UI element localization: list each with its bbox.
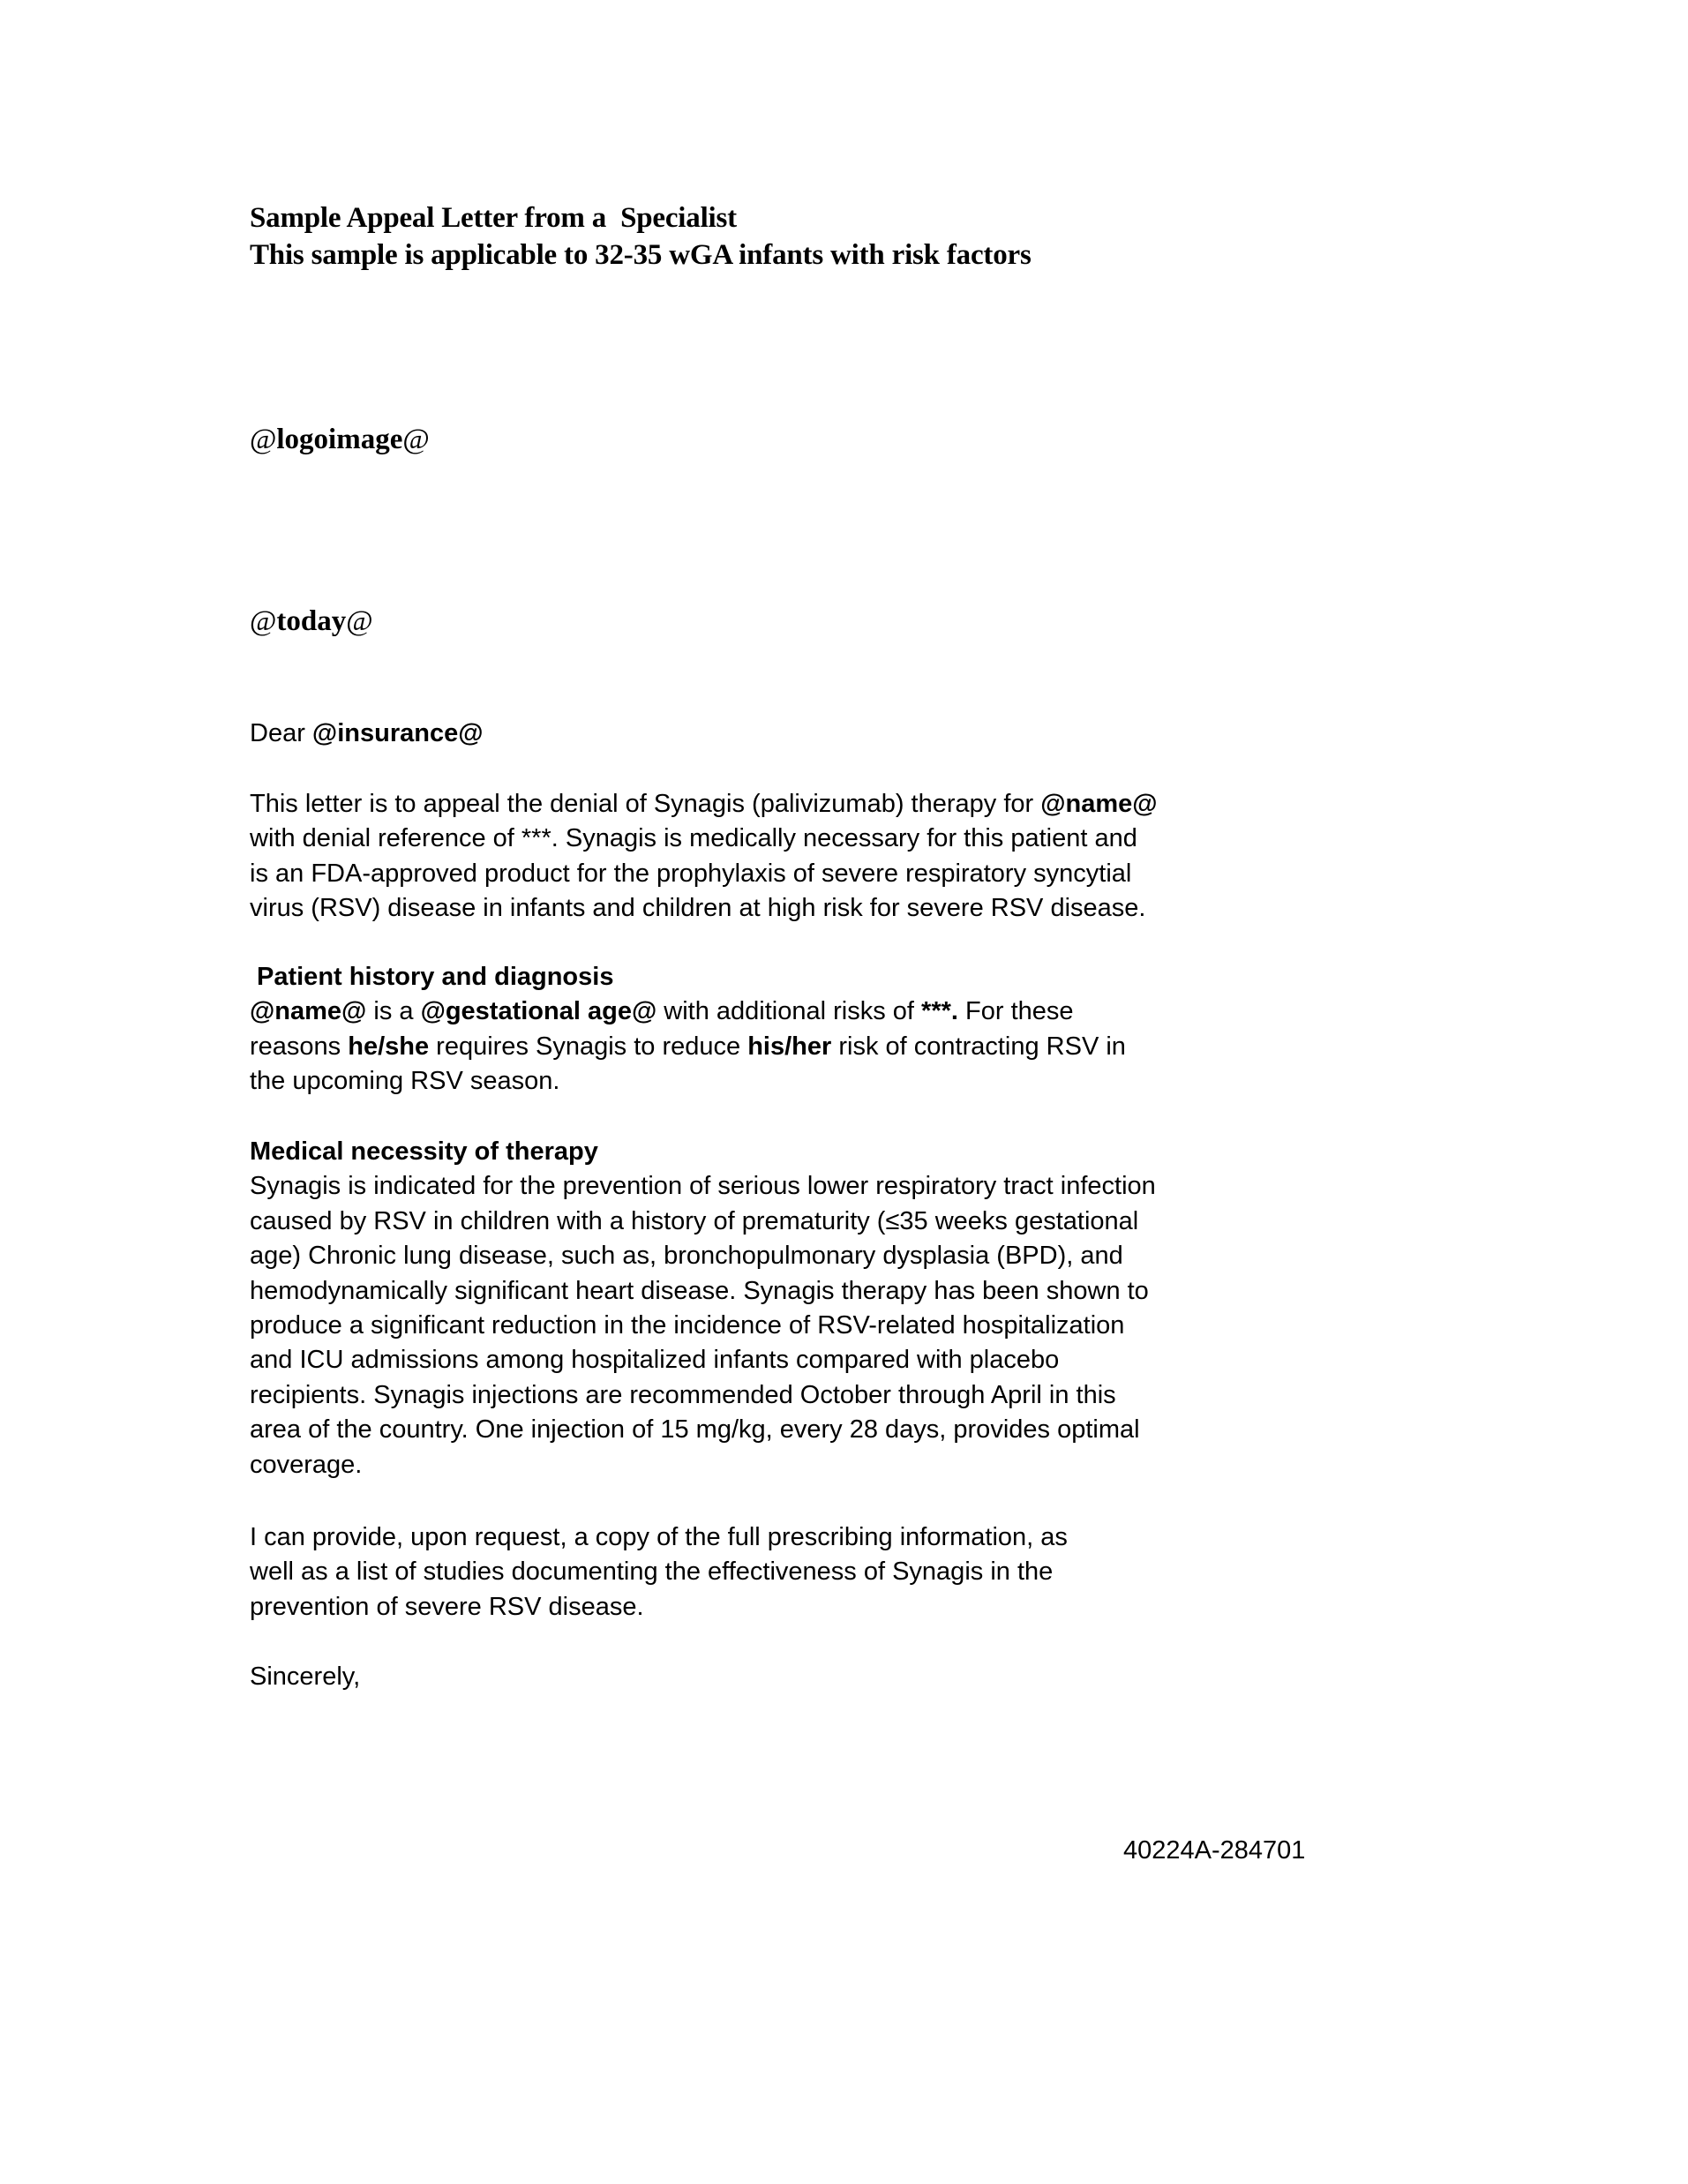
patient-name-placeholder: @name@ xyxy=(250,997,366,1025)
patient-history-heading: Patient history and diagnosis xyxy=(250,960,1126,994)
salutation-prefix: Dear xyxy=(250,719,312,747)
text-run: requires Synagis to reduce xyxy=(429,1032,747,1061)
medical-necessity-line: caused by RSV in children with a history… xyxy=(250,1205,1156,1239)
patient-history-line: the upcoming RSV season. xyxy=(250,1064,1126,1099)
gestational-age-placeholder: @gestational age@ xyxy=(421,997,657,1025)
text-run: risk of contracting RSV in xyxy=(831,1032,1126,1061)
medical-necessity-line: hemodynamically significant heart diseas… xyxy=(250,1274,1156,1309)
text-run: For these xyxy=(958,997,1074,1025)
date-placeholder-close: @ xyxy=(346,605,372,637)
title-line-1: Sample Appeal Letter from a Specialist xyxy=(250,199,1032,236)
date-placeholder-word: today xyxy=(276,605,346,637)
closing: Sincerely, xyxy=(250,1660,360,1694)
logo-placeholder: @logoimage@ xyxy=(250,421,430,458)
patient-history-line: @name@ is a @gestational age@ with addit… xyxy=(250,994,1126,1029)
date-placeholder: @today@ xyxy=(250,603,373,640)
text-run: reasons xyxy=(250,1032,348,1061)
letter-title: Sample Appeal Letter from a Specialist T… xyxy=(250,199,1032,274)
medical-necessity-line: age) Chronic lung disease, such as, bron… xyxy=(250,1239,1156,1273)
intro-paragraph: This letter is to appeal the denial of S… xyxy=(250,787,1158,927)
offer-line: prevention of severe RSV disease. xyxy=(250,1590,1068,1625)
logo-placeholder-open: @ xyxy=(250,424,276,455)
offer-line: I can provide, upon request, a copy of t… xyxy=(250,1520,1068,1555)
risks-placeholder: ***. xyxy=(921,997,958,1025)
text-run: is a xyxy=(366,997,420,1025)
salutation: Dear @insurance@ xyxy=(250,717,483,751)
possessive-placeholder: his/her xyxy=(747,1032,831,1061)
intro-line: This letter is to appeal the denial of S… xyxy=(250,787,1158,822)
intro-line-text: This letter is to appeal the denial of S… xyxy=(250,790,1040,818)
offer-line: well as a list of studies documenting th… xyxy=(250,1555,1068,1589)
medical-necessity-line: recipients. Synagis injections are recom… xyxy=(250,1378,1156,1413)
medical-necessity-line: and ICU admissions among hospitalized in… xyxy=(250,1343,1156,1377)
letter-page: Sample Appeal Letter from a Specialist T… xyxy=(0,0,1688,2184)
medical-necessity-line: area of the country. One injection of 15… xyxy=(250,1413,1156,1447)
document-code: 40224A-284701 xyxy=(1123,1834,1305,1868)
logo-placeholder-close: @ xyxy=(402,424,429,455)
date-placeholder-open: @ xyxy=(250,605,276,637)
patient-history-section: Patient history and diagnosis @name@ is … xyxy=(250,960,1126,1100)
pronoun-placeholder: he/she xyxy=(348,1032,429,1061)
salutation-recipient: @insurance@ xyxy=(312,719,484,747)
patient-history-line: reasons he/she requires Synagis to reduc… xyxy=(250,1030,1126,1064)
intro-line: with denial reference of ***. Synagis is… xyxy=(250,822,1158,856)
intro-line: is an FDA-approved product for the proph… xyxy=(250,857,1158,891)
offer-paragraph: I can provide, upon request, a copy of t… xyxy=(250,1520,1068,1625)
intro-line: virus (RSV) disease in infants and child… xyxy=(250,891,1158,926)
patient-name-placeholder: @name@ xyxy=(1040,790,1157,818)
medical-necessity-section: Medical necessity of therapy Synagis is … xyxy=(250,1135,1156,1482)
text-run: with additional risks of xyxy=(656,997,921,1025)
medical-necessity-line: coverage. xyxy=(250,1448,1156,1482)
title-line-2: This sample is applicable to 32-35 wGA i… xyxy=(250,236,1032,274)
medical-necessity-line: produce a significant reduction in the i… xyxy=(250,1309,1156,1343)
logo-placeholder-word: logoimage xyxy=(276,424,402,455)
medical-necessity-line: Synagis is indicated for the prevention … xyxy=(250,1169,1156,1204)
medical-necessity-heading: Medical necessity of therapy xyxy=(250,1135,1156,1169)
